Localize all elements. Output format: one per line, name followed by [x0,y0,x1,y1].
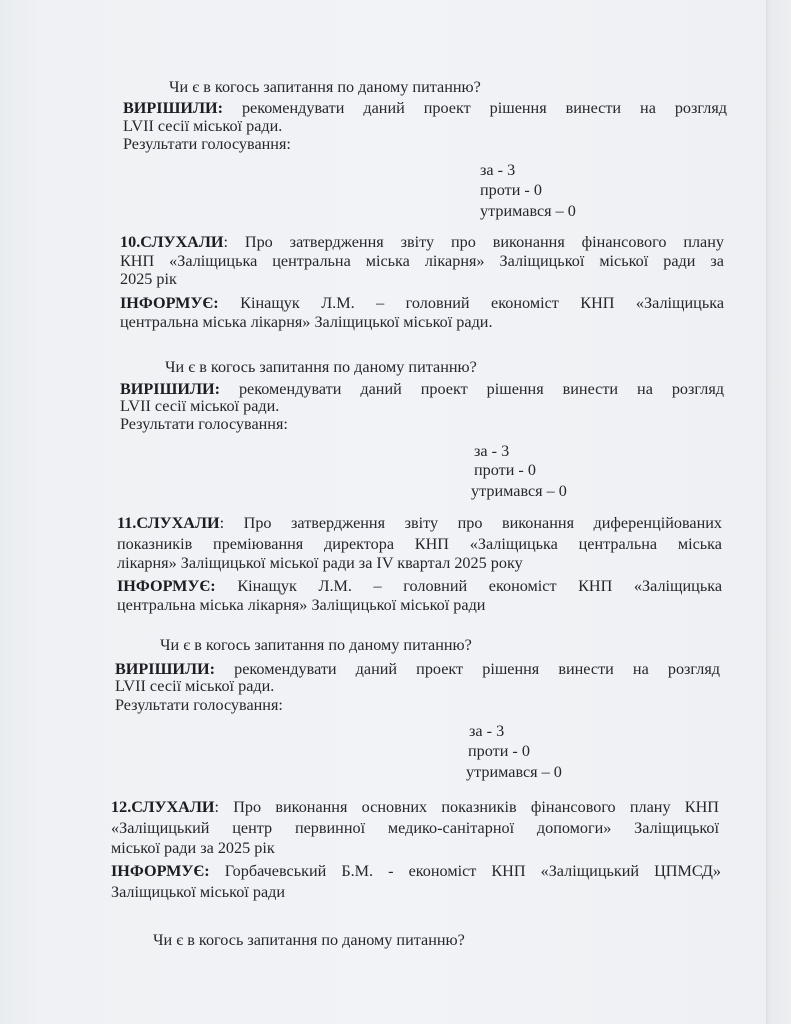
informs-line: ІНФОРМУЄ: Горбачевський Б.М. - економіст… [111,862,721,881]
heard-text: : Про затвердження звіту про виконання д… [220,514,722,532]
vote-for: за - 3 [480,161,515,180]
page-edge [766,0,791,1024]
heard-line: 12.СЛУХАЛИ: Про виконання основних показ… [111,798,719,817]
informs-label: ІНФОРМУЄ: [111,862,210,880]
informs-label: ІНФОРМУЄ: [117,577,216,595]
informs-line: ІНФОРМУЄ: Кінащук Л.М. – головний економ… [120,294,724,313]
informs-label: ІНФОРМУЄ: [120,294,219,312]
decided-line: ВИРІШИЛИ: рекомендувати даний проект ріш… [123,99,727,118]
informs-line-2: центральна міська лікарня» Заліщицької м… [117,596,485,615]
decided-line-2: LVII сесії міської ради. [123,117,282,136]
decided-label: ВИРІШИЛИ: [115,660,215,678]
informs-line: ІНФОРМУЄ: Кінащук Л.М. – головний економ… [117,577,722,596]
heard-line: 10.СЛУХАЛИ: Про затвердження звіту про в… [120,233,724,252]
vote-abstain: утримався – 0 [466,763,562,782]
heard-line-3: міської ради за 2025 рік [111,839,275,858]
heard-line-2: показників преміювання директора КНП «За… [117,535,722,554]
heard-text: : Про виконання основних показників фіна… [215,798,720,816]
informs-text: Кінащук Л.М. – головний економіст КНП «З… [237,577,722,595]
vote-against: проти - 0 [474,461,536,480]
scanned-page: Чи є в когось запитання по даному питанн… [0,0,791,1024]
heard-label: 10.СЛУХАЛИ [120,233,224,251]
vote-for: за - 3 [474,442,509,461]
question-line: Чи є в когось запитання по даному питанн… [165,358,477,377]
heard-text: : Про затвердження звіту про виконання ф… [224,233,725,251]
heard-line-3: 2025 рік [120,270,177,289]
informs-text: Горбачевський Б.М. - економіст КНП «Залі… [225,862,721,880]
decided-line-2: LVII сесії міської ради. [115,677,274,696]
decided-line-2: LVII сесії міської ради. [120,397,279,416]
decided-label: ВИРІШИЛИ: [120,380,220,398]
vote-against: проти - 0 [468,742,530,761]
decided-text: рекомендувати даний проект рішення винес… [239,380,724,398]
question-line: Чи є в когось запитання по даному питанн… [160,636,472,655]
vote-results-label: Результати голосування: [123,135,291,154]
heard-label: 12.СЛУХАЛИ [111,798,215,816]
vote-results-label: Результати голосування: [115,696,283,715]
informs-line-2: Заліщицької міської ради [111,883,285,902]
decided-label: ВИРІШИЛИ: [123,99,223,117]
heard-line-2: «Заліщицький центр первинної медико-сані… [111,819,719,838]
vote-against: проти - 0 [480,181,542,200]
vote-results-label: Результати голосування: [120,415,288,434]
vote-abstain: утримався – 0 [480,202,576,221]
heard-label: 11.СЛУХАЛИ [117,514,220,532]
vote-abstain: утримався – 0 [471,482,567,501]
heard-line-3: лікарня» Заліщицької міської ради за IV … [117,554,523,573]
decided-text: рекомендувати даний проект рішення винес… [242,99,727,117]
heard-line: 11.СЛУХАЛИ: Про затвердження звіту про в… [117,514,722,533]
decided-text: рекомендувати даний проект рішення винес… [234,660,720,678]
heard-line-2: КНП «Заліщицька центральна міська лікарн… [120,252,724,271]
question-line: Чи є в когось запитання по даному питанн… [153,931,465,950]
vote-for: за - 3 [469,722,504,741]
informs-line-2: центральна міська лікарня» Заліщицької м… [120,313,493,332]
informs-text: Кінащук Л.М. – головний економіст КНП «З… [240,294,724,312]
question-line: Чи є в когось запитання по даному питанн… [169,78,481,97]
